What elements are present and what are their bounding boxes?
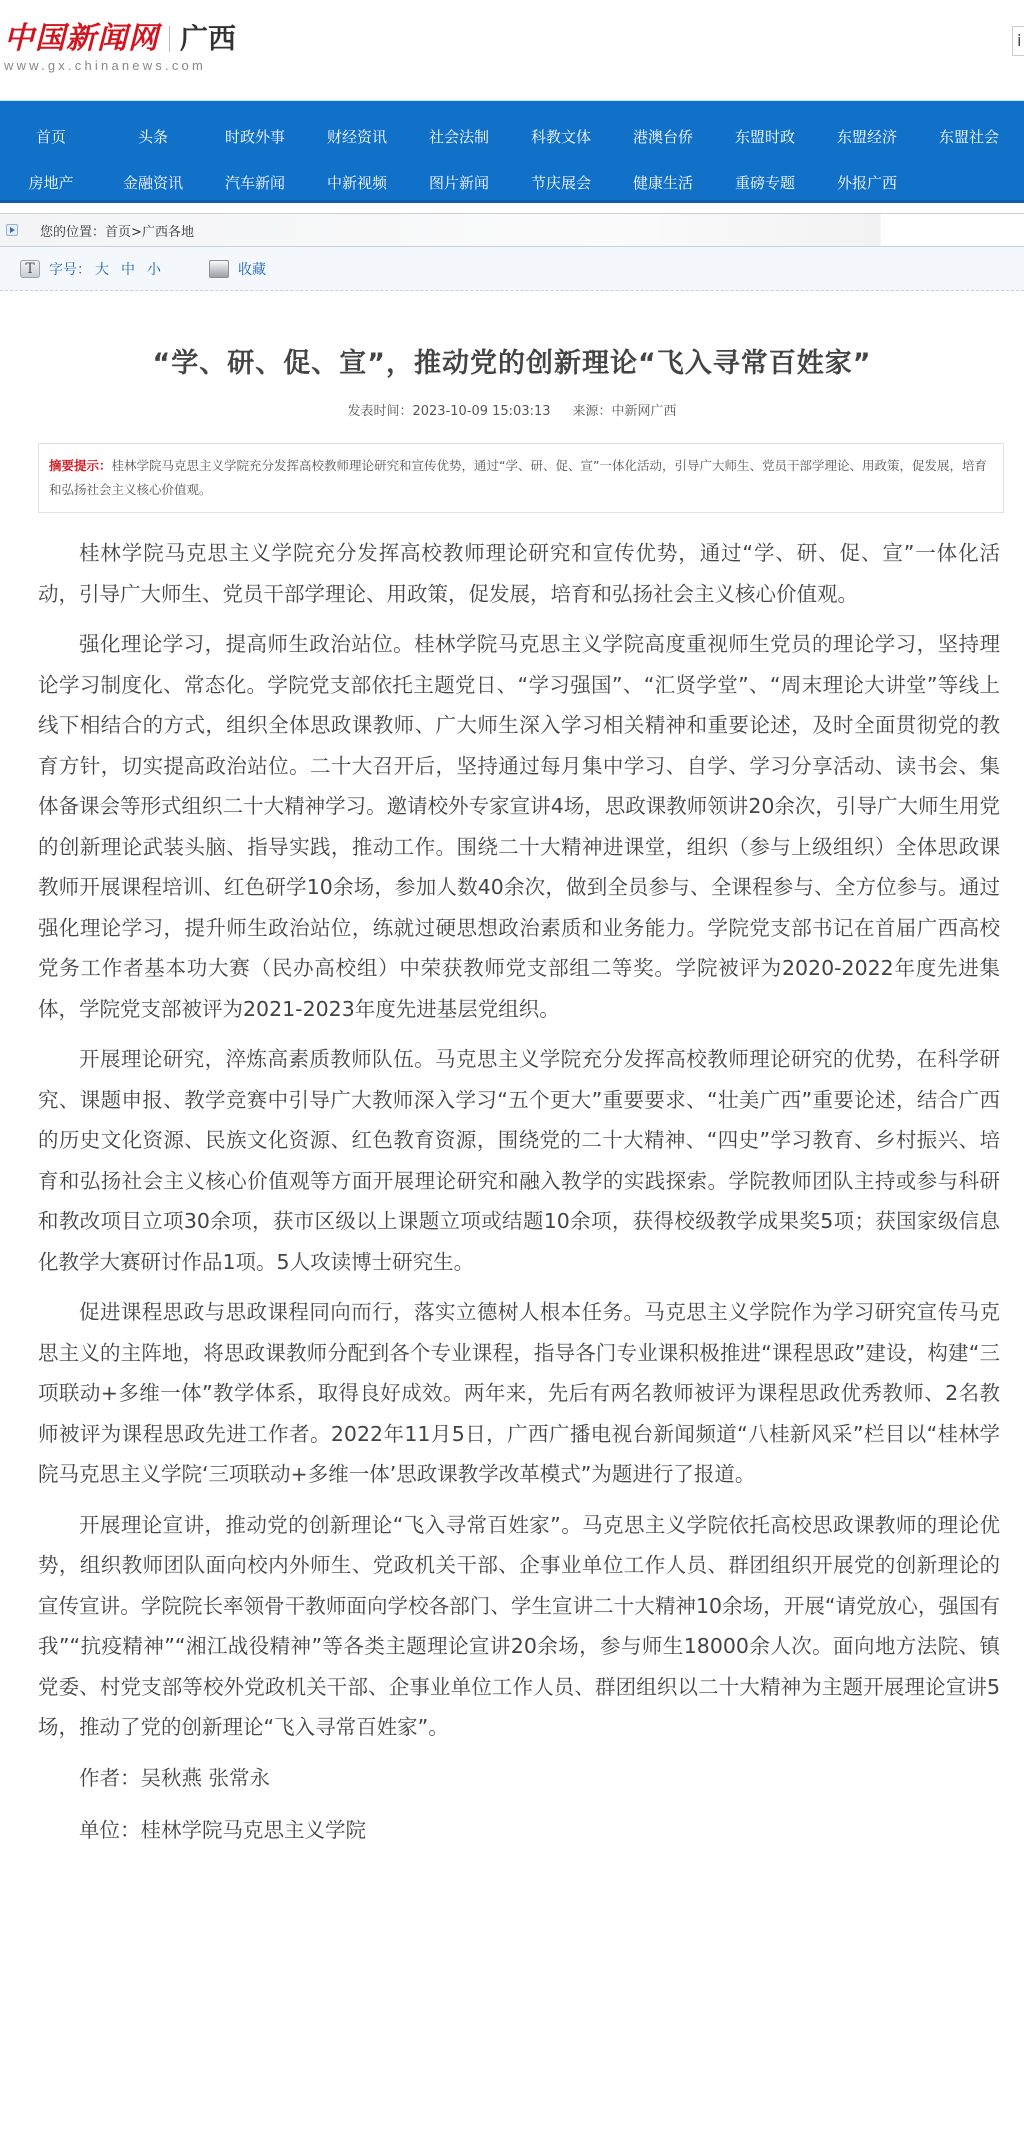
nav-item-home[interactable]: 首页 — [0, 126, 102, 147]
author-names: 吴秋燕 张常永 — [141, 1766, 271, 1790]
nav-row-1: 首页 头条 时政外事 财经资讯 社会法制 科教文体 港澳台侨 东盟时政 东盟经济… — [0, 113, 1024, 159]
nav-item-video[interactable]: 中新视频 — [306, 172, 408, 193]
summary-label: 摘要提示： — [49, 458, 112, 473]
article: “学、研、促、宣”，推动党的创新理论“飞入寻常百姓家” 发表时间：2023-10… — [0, 341, 1024, 1851]
nav-item-asean-society[interactable]: 东盟社会 — [918, 126, 1020, 147]
breadcrumb-text: 您的位置：首页>广西各地 — [40, 221, 194, 240]
logo-divider — [169, 26, 170, 52]
site-logo[interactable]: 中国新闻网 广西 www.gx.chinanews.com — [4, 22, 236, 73]
nav-item-photos[interactable]: 图片新闻 — [408, 172, 510, 193]
unit-name: 桂林学院马克思主义学院 — [141, 1818, 367, 1842]
nav-item-society-law[interactable]: 社会法制 — [408, 126, 510, 147]
font-size-large[interactable]: 大 — [95, 259, 109, 279]
nav-item-headlines[interactable]: 头条 — [102, 126, 204, 147]
favorite-icon[interactable] — [209, 260, 229, 278]
breadcrumb-guangxi-local[interactable]: 广西各地 — [142, 225, 194, 240]
nav-row-2: 房地产 金融资讯 汽车新闻 中新视频 图片新闻 节庆展会 健康生活 重磅专题 外… — [0, 159, 1024, 205]
font-size-small[interactable]: 小 — [147, 259, 161, 279]
play-arrow-icon — [6, 224, 18, 236]
logo-url: www.gx.chinanews.com — [4, 58, 236, 73]
article-meta: 发表时间：2023-10-09 15:03:13来源：中新网广西 — [0, 400, 1024, 419]
article-tools: T 字号： 大 中 小 收藏 — [0, 247, 1024, 291]
publish-time: 2023-10-09 15:03:13 — [412, 404, 550, 419]
nav-item-finance[interactable]: 财经资讯 — [306, 126, 408, 147]
unit-line: 单位：桂林学院马克思主义学院 — [38, 1810, 1000, 1851]
nav-item-festivals[interactable]: 节庆展会 — [510, 172, 612, 193]
nav-item-special-topics[interactable]: 重磅专题 — [714, 172, 816, 193]
logo-chinanews: 中国新闻网 — [4, 22, 159, 56]
nav-divider — [0, 200, 1024, 203]
logo-region: 广西 — [180, 22, 236, 56]
summary-text: 桂林学院马克思主义学院充分发挥高校教师理论研究和宣传优势，通过“学、研、促、宣”… — [49, 458, 987, 497]
article-paragraph: 开展理论研究，淬炼高素质教师队伍。马克思主义学院充分发挥高校教师理论研究的优势，… — [38, 1039, 1000, 1282]
article-title: “学、研、促、宣”，推动党的创新理论“飞入寻常百姓家” — [0, 341, 1024, 380]
header-side-button[interactable]: i — [1012, 26, 1024, 56]
unit-label: 单位： — [79, 1818, 141, 1842]
article-signature: 作者：吴秋燕 张常永 单位：桂林学院马克思主义学院 — [38, 1758, 1000, 1851]
breadcrumb: 您的位置：首页>广西各地 — [0, 213, 1024, 247]
nav-item-asean-politics[interactable]: 东盟时政 — [714, 126, 816, 147]
publish-label: 发表时间： — [347, 404, 412, 419]
main-nav: 首页 头条 时政外事 财经资讯 社会法制 科教文体 港澳台侨 东盟时政 东盟经济… — [0, 100, 1024, 200]
author-line: 作者：吴秋燕 张常永 — [38, 1758, 1000, 1799]
nav-item-real-estate[interactable]: 房地产 — [0, 172, 102, 193]
article-paragraph: 桂林学院马克思主义学院充分发挥高校教师理论研究和宣传优势，通过“学、研、促、宣”… — [38, 533, 1000, 614]
article-paragraph: 开展理论宣讲，推动党的创新理论“飞入寻常百姓家”。马克思主义学院依托高校思政课教… — [38, 1505, 1000, 1748]
nav-item-auto[interactable]: 汽车新闻 — [204, 172, 306, 193]
source-label: 来源： — [573, 404, 612, 419]
nav-item-politics[interactable]: 时政外事 — [204, 126, 306, 147]
author-label: 作者： — [79, 1766, 141, 1790]
article-summary: 摘要提示：桂林学院马克思主义学院充分发挥高校教师理论研究和宣传优势，通过“学、研… — [38, 443, 1004, 513]
breadcrumb-prefix: 您的位置： — [40, 225, 105, 240]
font-size-medium[interactable]: 中 — [121, 259, 135, 279]
favorite-button[interactable]: 收藏 — [238, 259, 266, 279]
nav-item-banking[interactable]: 金融资讯 — [102, 172, 204, 193]
breadcrumb-separator: > — [131, 225, 142, 240]
source-name: 中新网广西 — [612, 404, 677, 419]
article-body: 桂林学院马克思主义学院充分发挥高校教师理论研究和宣传优势，通过“学、研、促、宣”… — [38, 533, 1000, 1851]
nav-item-hk-macao-taiwan[interactable]: 港澳台侨 — [612, 126, 714, 147]
font-size-icon: T — [20, 260, 40, 278]
font-size-label: 字号： — [49, 259, 91, 279]
breadcrumb-home[interactable]: 首页 — [105, 225, 131, 240]
nav-item-science-culture[interactable]: 科教文体 — [510, 126, 612, 147]
nav-item-health[interactable]: 健康生活 — [612, 172, 714, 193]
nav-item-asean-economy[interactable]: 东盟经济 — [816, 126, 918, 147]
nav-item-foreign-reports[interactable]: 外报广西 — [816, 172, 918, 193]
site-header: 中国新闻网 广西 www.gx.chinanews.com i — [0, 0, 1024, 100]
article-paragraph: 强化理论学习，提高师生政治站位。桂林学院马克思主义学院高度重视师生党员的理论学习… — [38, 624, 1000, 1029]
article-paragraph: 促进课程思政与思政课程同向而行，落实立德树人根本任务。马克思主义学院作为学习研究… — [38, 1292, 1000, 1495]
